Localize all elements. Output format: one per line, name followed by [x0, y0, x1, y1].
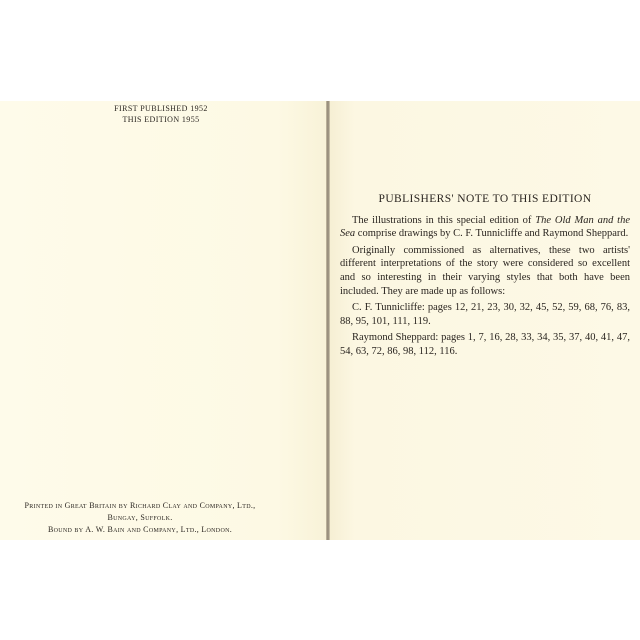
note-text: The illustrations in this special editio… — [352, 215, 535, 226]
note-text: comprise drawings by C. F. Tunnicliffe a… — [355, 228, 628, 239]
note-paragraph-sheppard-pages: Raymond Sheppard: pages 1, 7, 16, 28, 33… — [340, 331, 630, 358]
right-page: PUBLISHERS' NOTE TO THIS EDITION The ill… — [330, 101, 640, 540]
left-page: First published 1952 This edition 1955 P… — [0, 101, 326, 540]
printer-line: Printed in Great Britain by Richard Clay… — [0, 500, 280, 512]
note-paragraph-commission: Originally commissioned as alternatives,… — [340, 244, 630, 298]
note-paragraph-tunnicliffe-pages: C. F. Tunnicliffe: pages 12, 21, 23, 30,… — [340, 301, 630, 328]
edition-imprint: First published 1952 This edition 1955 — [96, 103, 226, 125]
first-published-line: First published 1952 — [96, 103, 226, 114]
printer-location-line: Bungay, Suffolk. — [0, 512, 280, 524]
this-edition-line: This edition 1955 — [96, 114, 226, 125]
note-title: PUBLISHERS' NOTE TO THIS EDITION — [340, 193, 630, 207]
printer-imprint: Printed in Great Britain by Richard Clay… — [0, 500, 280, 536]
open-book: First published 1952 This edition 1955 P… — [0, 101, 640, 540]
note-paragraph-illustrations: The illustrations in this special editio… — [340, 214, 630, 241]
binder-line: Bound by A. W. Bain and Company, Ltd., L… — [0, 524, 280, 536]
publishers-note: PUBLISHERS' NOTE TO THIS EDITION The ill… — [340, 193, 630, 362]
